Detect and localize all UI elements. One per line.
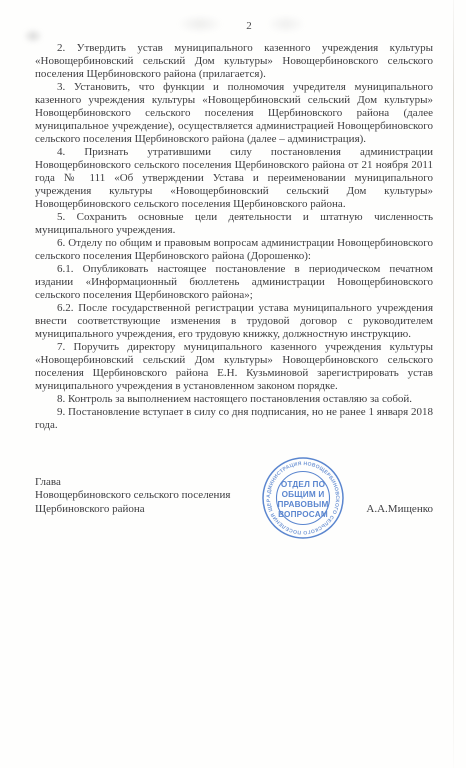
paragraph-6-2: 6.2. После государственной регистрации у… (35, 302, 433, 341)
paragraph-6-1: 6.1. Опубликовать настоящее постановлени… (35, 263, 433, 302)
signer-title-line-1: Глава (35, 476, 433, 489)
document-body: 2. Утвердить устав муниципального казенн… (35, 42, 433, 432)
paragraph-6: 6. Отделу по общим и правовым вопросам а… (35, 237, 433, 263)
page-number: 2 (0, 20, 466, 32)
signer-title-line-2: Новощербиновского сельского поселения (35, 489, 433, 502)
paragraph-8: 8. Контроль за выполнением настоящего по… (35, 393, 433, 406)
paragraph-4: 4. Признать утратившими силу постановлен… (35, 146, 433, 211)
scan-artifact-vertical-line (453, 0, 454, 768)
paragraph-5: 5. Сохранить основные цели деятельности … (35, 211, 433, 237)
signer-name: А.А.Мищенко (366, 503, 433, 516)
paragraph-9: 9. Постановление вступает в силу со дня … (35, 406, 433, 432)
scanned-document-page: 2 2. Утвердить устав муниципального казе… (0, 0, 466, 768)
signature-block: Глава Новощербиновского сельского поселе… (35, 476, 433, 516)
paragraph-2: 2. Утвердить устав муниципального казенн… (35, 42, 433, 81)
paragraph-3: 3. Установить, что функции и полномочия … (35, 81, 433, 146)
paragraph-7: 7. Поручить директору муниципального каз… (35, 341, 433, 393)
